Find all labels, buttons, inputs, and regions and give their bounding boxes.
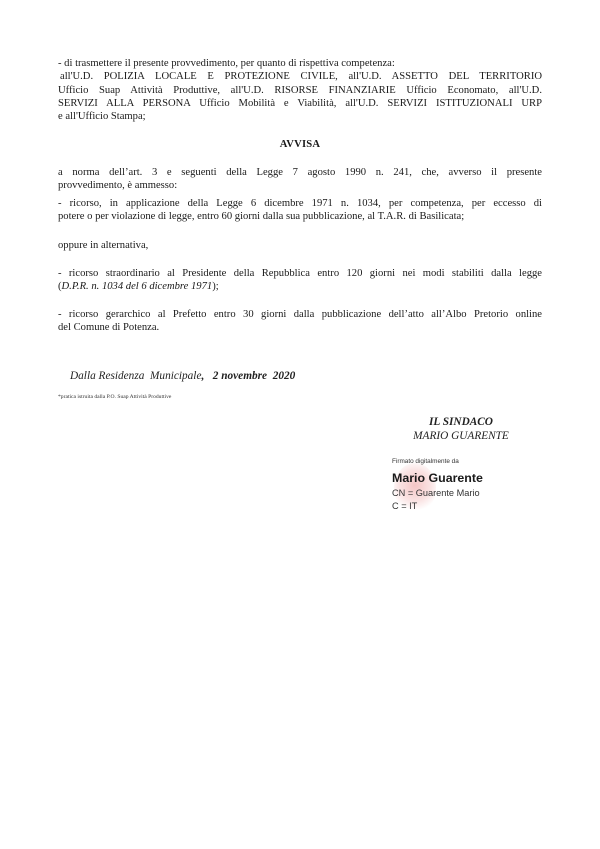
paragraph-straordinario: - ricorso straordinario al Presidente de…	[58, 267, 542, 294]
text-line: - ricorso gerarchico al Prefetto entro 3…	[58, 308, 542, 321]
text-line: Ufficio Suap Attività Produttive, all'U.…	[58, 84, 542, 97]
text-line: all'U.D. POLIZIA LOCALE E PROTEZIONE CIV…	[58, 70, 542, 83]
document-page: - di trasmettere il presente provvedimen…	[0, 0, 600, 849]
paragraph-oppure: oppure in alternativa,	[58, 239, 542, 252]
date-separator: ,	[201, 370, 212, 382]
text-line: potere o per violazione di legge, entro …	[58, 210, 542, 223]
text-line: oppure in alternativa,	[58, 239, 542, 252]
date: 2 novembre 2020	[213, 370, 296, 382]
paragraph-gerarchico: - ricorso gerarchico al Prefetto entro 3…	[58, 308, 542, 335]
place-and-date: Dalla Residenza Municipale, 2 novembre 2…	[70, 370, 295, 382]
footnote: *pratica istruita dalla P.O. Suap Attivi…	[58, 394, 171, 400]
paren-close: );	[212, 281, 218, 292]
signatory-title: IL SINDACO	[396, 415, 526, 429]
text-line: del Comune di Potenza.	[58, 321, 542, 334]
digital-signature: Firmato digitalmente da Mario Guarente C…	[392, 458, 483, 511]
paragraph-norma: a norma dell’art. 3 e seguenti della Leg…	[58, 166, 542, 193]
place: Dalla Residenza Municipale	[70, 370, 201, 382]
text-line: - ricorso, in applicazione della Legge 6…	[58, 197, 542, 210]
heading-avvisa: AVVISA	[58, 139, 542, 150]
signatory-name: MARIO GUARENTE	[396, 429, 526, 443]
text-line: - di trasmettere il presente provvedimen…	[58, 57, 542, 70]
signature-country: C = IT	[392, 503, 483, 511]
signature-cn: CN = Guarente Mario	[392, 490, 483, 498]
paragraph-ricorso-tar: - ricorso, in applicazione della Legge 6…	[58, 197, 542, 224]
text-line: provvedimento, è ammesso:	[58, 179, 542, 192]
text-line: SERVIZI ALLA PERSONA Ufficio Mobilità e …	[58, 97, 542, 110]
signatory-block: IL SINDACO MARIO GUARENTE	[396, 415, 526, 443]
dpr-reference: D.P.R. n. 1034 del 6 dicembre 1971	[62, 281, 213, 292]
text-line: a norma dell’art. 3 e seguenti della Leg…	[58, 166, 542, 179]
text-line: - ricorso straordinario al Presidente de…	[58, 267, 542, 280]
signature-label: Firmato digitalmente da	[392, 458, 483, 465]
text-line: e all'Ufficio Stampa;	[58, 110, 542, 123]
signature-name: Mario Guarente	[392, 471, 483, 485]
text-line: (D.P.R. n. 1034 del 6 dicembre 1971);	[58, 280, 542, 293]
paragraph-transmit: - di trasmettere il presente provvedimen…	[58, 57, 542, 123]
